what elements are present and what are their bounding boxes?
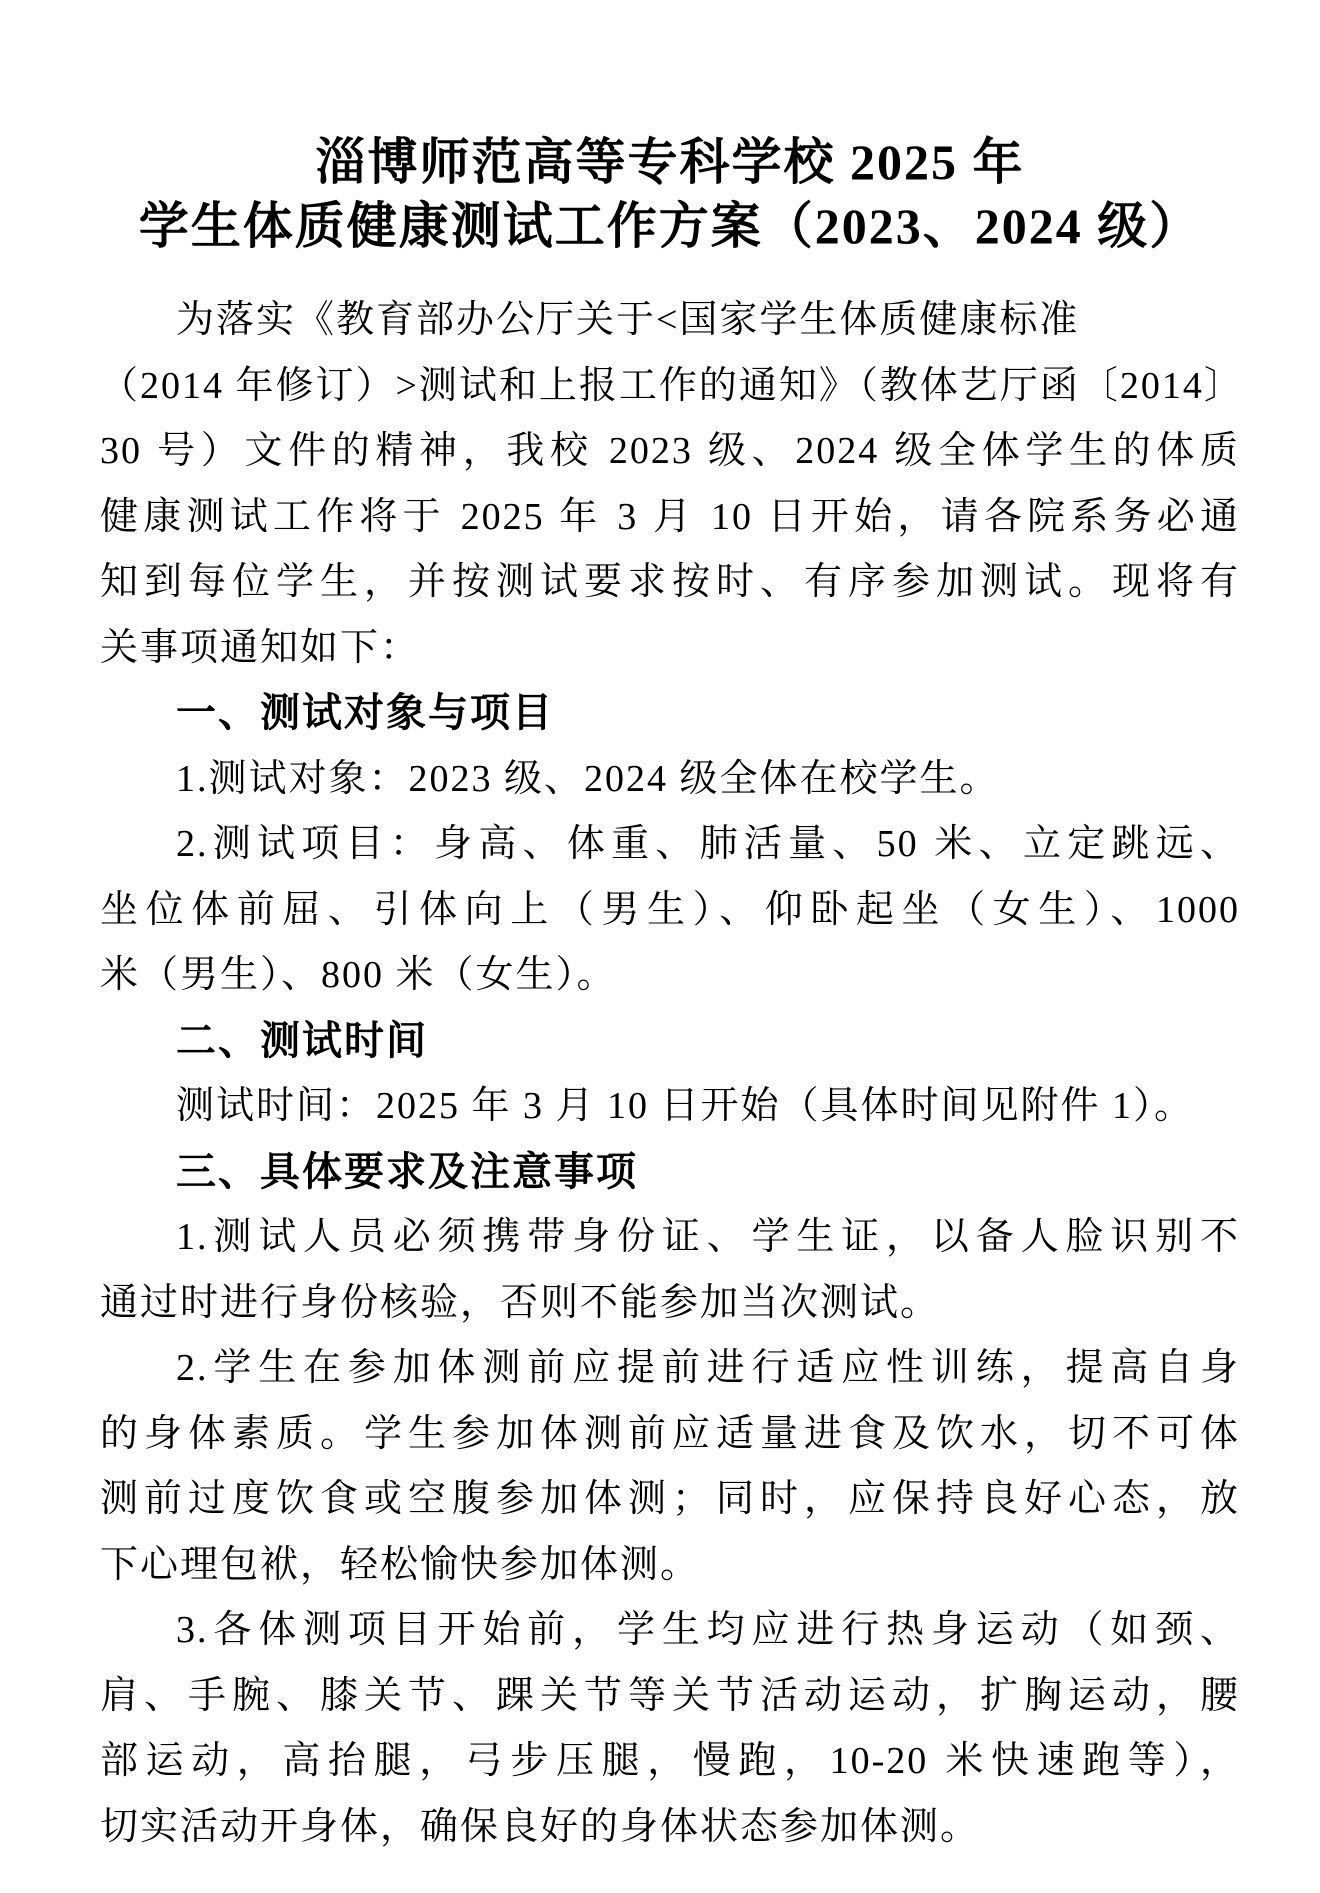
document-line: 1.测试对象：2023 级、2024 级全体在校学生。 — [100, 747, 1240, 813]
document-line: 的身体素质。学生参加体测前应适量进食及饮水，切不可体 — [100, 1402, 1240, 1468]
document-line: 3.各体测项目开始前，学生均应进行热身运动（如颈、 — [100, 1598, 1240, 1664]
section-heading: 二、测试时间 — [100, 1009, 1240, 1075]
section-heading: 一、测试对象与项目 — [100, 681, 1240, 747]
document-line: （2014 年修订）>测试和上报工作的通知》（教体艺厅函〔2014〕 — [100, 354, 1240, 420]
document-line: 米（男生）、800 米（女生）。 — [100, 943, 1240, 1009]
document-line: 2.测试项目：身高、体重、肺活量、50 米、立定跳远、 — [100, 812, 1240, 878]
document-line: 下心理包袱，轻松愉快参加体测。 — [100, 1533, 1240, 1599]
document-content: 淄博师范高等专科学校 2025 年 学生体质健康测试工作方案（2023、2024… — [100, 0, 1240, 1860]
document-line: 1.测试人员必须携带身份证、学生证，以备人脸识别不 — [100, 1205, 1240, 1271]
document-line: 为落实《教育部办公厅关于<国家学生体质健康标准 — [100, 288, 1240, 354]
section-heading: 三、具体要求及注意事项 — [100, 1140, 1240, 1206]
document-line: 知到每位学生，并按测试要求按时、有序参加测试。现将有 — [100, 550, 1240, 616]
document-line: 切实活动开身体，确保良好的身体状态参加体测。 — [100, 1795, 1240, 1861]
document-line: 30 号）文件的精神，我校 2023 级、2024 级全体学生的体质 — [100, 419, 1240, 485]
document-line: 肩、手腕、膝关节、踝关节等关节活动运动，扩胸运动，腰 — [100, 1664, 1240, 1730]
document-line: 测试时间：2025 年 3 月 10 日开始（具体时间见附件 1）。 — [100, 1074, 1240, 1140]
document-page: 淄博师范高等专科学校 2025 年 学生体质健康测试工作方案（2023、2024… — [0, 0, 1320, 1893]
document-title-line-2: 学生体质健康测试工作方案（2023、2024 级） — [100, 194, 1240, 258]
document-title: 淄博师范高等专科学校 2025 年 学生体质健康测试工作方案（2023、2024… — [100, 0, 1240, 258]
document-line: 坐位体前屈、引体向上（男生）、仰卧起坐（女生）、1000 — [100, 878, 1240, 944]
document-body: 为落实《教育部办公厅关于<国家学生体质健康标准（2014 年修订）>测试和上报工… — [100, 288, 1240, 1860]
document-line: 健康测试工作将于 2025 年 3 月 10 日开始，请各院系务必通 — [100, 485, 1240, 551]
document-line: 测前过度饮食或空腹参加体测；同时，应保持良好心态，放 — [100, 1467, 1240, 1533]
document-title-line-1: 淄博师范高等专科学校 2025 年 — [100, 130, 1240, 194]
document-line: 部运动，高抬腿，弓步压腿，慢跑，10-20 米快速跑等）， — [100, 1729, 1240, 1795]
document-line: 关事项通知如下： — [100, 616, 1240, 682]
document-line: 通过时进行身份核验，否则不能参加当次测试。 — [100, 1271, 1240, 1337]
document-line: 2.学生在参加体测前应提前进行适应性训练，提高自身 — [100, 1336, 1240, 1402]
